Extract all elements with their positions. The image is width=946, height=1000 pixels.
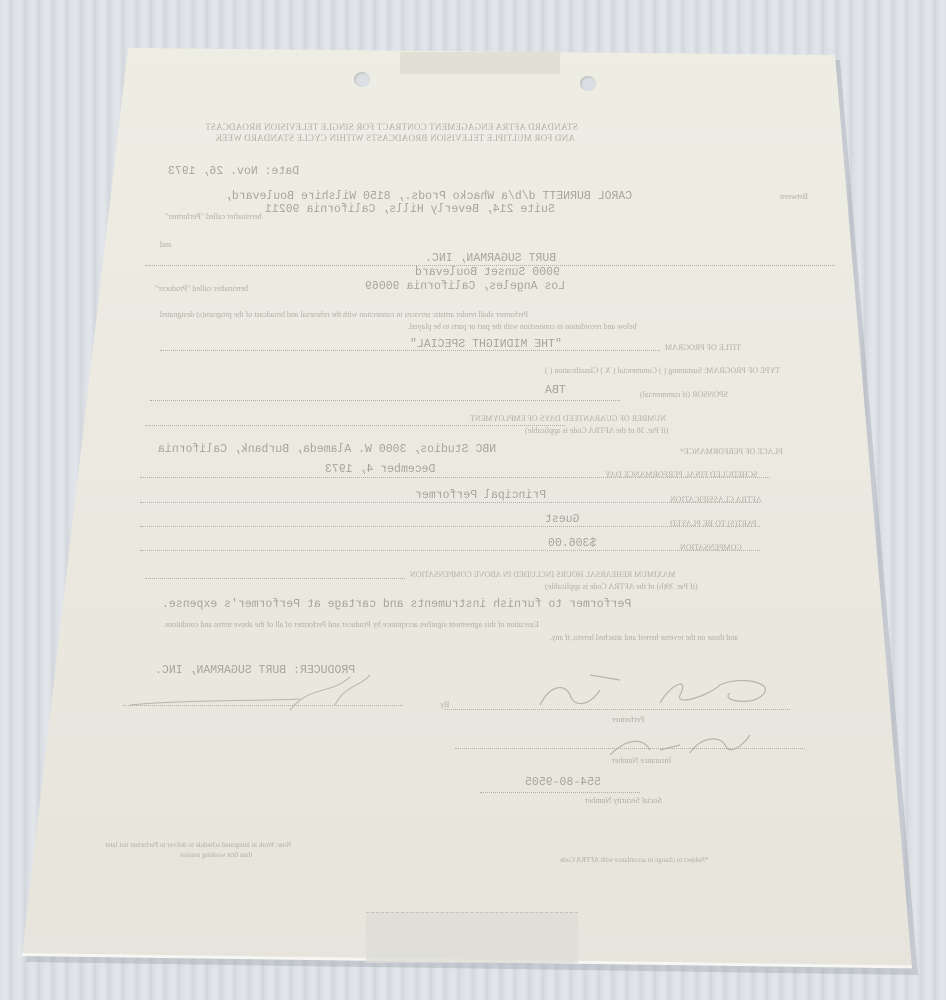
execution-paragraph-2: and those on the reverse hereof and atta… [550, 633, 738, 642]
punch-hole-right [580, 76, 596, 91]
performer-address-2: Suite 214, Beverly Hills, California 902… [265, 203, 555, 216]
producer-name: BURT SUGARMAN, INC. [425, 252, 556, 265]
sponsor-label: SPONSOR (if commercial) [640, 390, 728, 399]
parts-label: PART(S) TO BE PLAYED [670, 519, 756, 528]
rehearsal-note: (if Par. 39(b) of the AFTRA Code is appl… [545, 582, 698, 591]
producer-address-2: Los Angeles, California 90069 [365, 280, 565, 293]
handwritten-signatures [120, 665, 820, 765]
footer-note-right: *Subject to change in accordance with AF… [560, 856, 708, 864]
final-day-value: December 4, 1973 [325, 463, 435, 476]
tape-residue-bottom [366, 912, 578, 963]
rehearsal-rule [145, 578, 405, 579]
place-label: PLACE OF PERFORMANCE* [680, 447, 783, 456]
parts-value: Guest [545, 513, 580, 526]
title-value: "THE MIDNIGHT SPECIAL" [410, 338, 562, 351]
heading-line-1: STANDARD AFTRA ENGAGEMENT CONTRACT FOR S… [205, 122, 578, 132]
compensation-label: COMPENSATION [680, 543, 742, 552]
between-label: Between [780, 192, 808, 201]
footer-note-left-1: Note: Work in integrated schedule to del… [105, 841, 291, 849]
classification-rule [140, 502, 760, 503]
insurance-label: Insurance Number [612, 756, 671, 765]
ssn-rule [480, 792, 640, 793]
classification-value: Principal Performer [415, 489, 546, 502]
contract-date: Date: Nov. 26, 1973 [168, 165, 299, 178]
sponsor-rule [150, 400, 620, 401]
producer-address-1: 9000 Sunset Boulevard [415, 266, 560, 279]
sponsor-value: TBA [545, 384, 566, 397]
guaranteed-days-rule [145, 425, 565, 426]
compensation-rule [140, 550, 760, 551]
performer-address-1: CAROL BURNETT d/b/a Whacko Prods., 8150 … [225, 190, 632, 203]
footer-note-left-2: than first working session [180, 851, 252, 859]
insurance-rule [455, 748, 805, 749]
place-value: NBC Studios, 3000 W. Alameda, Burbank, C… [158, 443, 496, 456]
ssn-label: Social Security Number [585, 796, 662, 805]
type-of-program: TYPE OF PROGRAM: Sustaining ( ) Commerci… [545, 366, 780, 375]
compensation-value: $306.00 [548, 537, 596, 550]
rider-clause: Performer to furnish instruments and car… [162, 598, 631, 611]
performer-called: hereinafter called "Performer" [165, 212, 262, 221]
heading-line-2: AND FOR MULTIPLE TELEVISION BROADCASTS W… [215, 133, 575, 143]
rehearsal-label: MAXIMUM REHEARSAL HOURS INCLUDED IN ABOV… [410, 570, 676, 579]
parts-rule [140, 526, 760, 527]
services-paragraph-2: below and recordation in connection with… [408, 322, 637, 331]
and-label: and [160, 240, 172, 249]
execution-paragraph-1: Execution of this agreement signifies ac… [165, 620, 539, 629]
guaranteed-days-note: (if Par. 38 of the AFTRA Code is applica… [525, 426, 668, 435]
guaranteed-days-label: NUMBER OF GUARANTEED DAYS OF EMPLOYMENT [470, 414, 666, 423]
ssn-value: 554-80-9505 [525, 776, 601, 789]
title-label: TITLE OF PROGRAM [665, 343, 741, 352]
services-paragraph-1: Performer shall render artistic services… [160, 310, 528, 319]
punch-hole-left [354, 72, 370, 87]
producer-called: hereinafter called "Producer" [155, 284, 248, 293]
tape-residue-top [400, 52, 560, 74]
final-day-label: SCHEDULED FINAL PERFORMANCE DAY [605, 470, 758, 479]
classification-label: AFTRA CLASSIFICATION [670, 495, 762, 504]
